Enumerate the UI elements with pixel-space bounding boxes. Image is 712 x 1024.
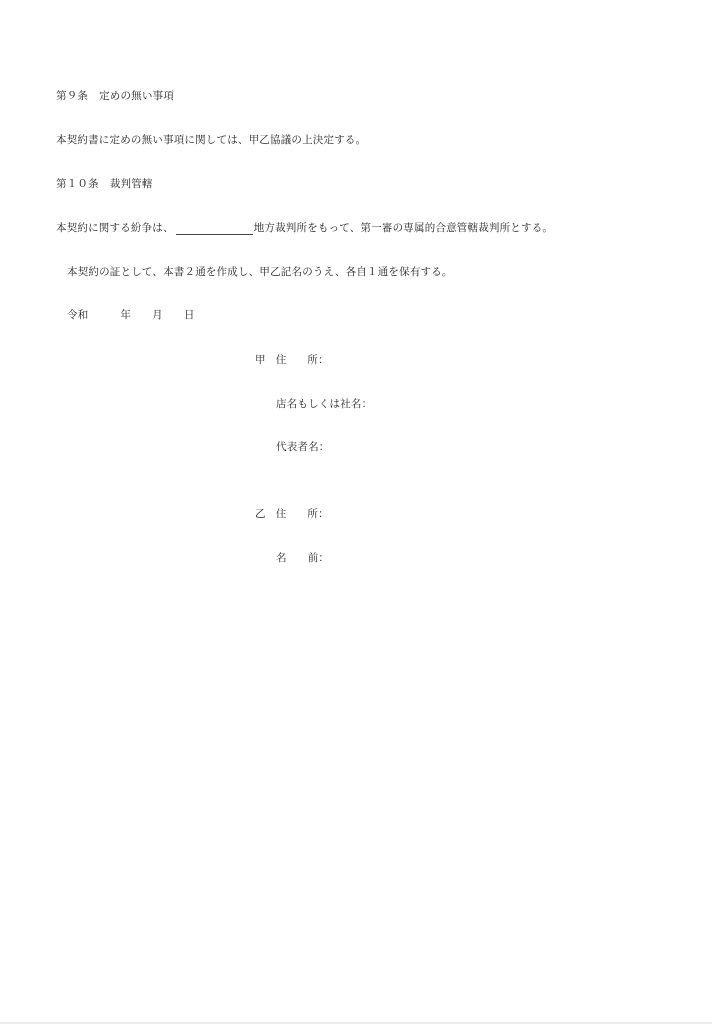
party-a-address-label-1: 住 — [276, 354, 287, 366]
article-10-title: 裁判管轄 — [110, 178, 153, 190]
date-line: 令和年月日 — [67, 308, 195, 322]
date-month-label: 月 — [152, 309, 163, 321]
article-9-title: 定めの無い事項 — [99, 90, 174, 102]
article-10-number: 第１０条 — [56, 178, 99, 190]
article-9-heading: 第９条定めの無い事項 — [56, 89, 174, 103]
party-a-address-label-2: 所： — [307, 354, 328, 366]
closing-statement: 本契約の証として、本書２通を作成し、甲乙記名のうえ、各自１通を保有する。 — [67, 265, 453, 279]
court-name-blank[interactable] — [176, 222, 253, 235]
article-9-number: 第９条 — [56, 90, 88, 102]
party-b-marker: 乙 — [255, 508, 266, 520]
party-b-name-row: 名前： — [276, 551, 329, 565]
date-year-label: 年 — [120, 309, 131, 321]
party-b-name-label-1: 名 — [276, 552, 287, 564]
article-9-body: 本契約書に定めの無い事項に関しては、甲乙協議の上決定する。 — [56, 133, 366, 147]
document-page: 第９条定めの無い事項 本契約書に定めの無い事項に関しては、甲乙協議の上決定する。… — [0, 0, 712, 1022]
party-b-address-row: 乙住所： — [255, 507, 329, 521]
party-b-address-label-1: 住 — [276, 508, 287, 520]
article-10-body: 本契約に関する紛争は、地方裁判所をもって、第一審の専属的合意管轄裁判所とする。 — [56, 221, 553, 235]
date-day-label: 日 — [184, 309, 195, 321]
party-a-marker: 甲 — [255, 354, 266, 366]
party-b-name-label-2: 前： — [308, 552, 329, 564]
date-era: 令和 — [67, 309, 88, 321]
party-a-representative-label: 代表者名： — [276, 440, 330, 454]
article-10-body-after: 地方裁判所をもって、第一審の専属的合意管轄裁判所とする。 — [254, 222, 553, 234]
article-10-body-before: 本契約に関する紛争は、 — [56, 222, 174, 234]
party-b-address-label-2: 所： — [307, 508, 328, 520]
article-10-heading: 第１０条裁判管轄 — [56, 177, 153, 191]
party-a-store-name-label: 店名もしくは社名： — [276, 397, 372, 411]
party-a-address-row: 甲住所： — [255, 353, 329, 367]
